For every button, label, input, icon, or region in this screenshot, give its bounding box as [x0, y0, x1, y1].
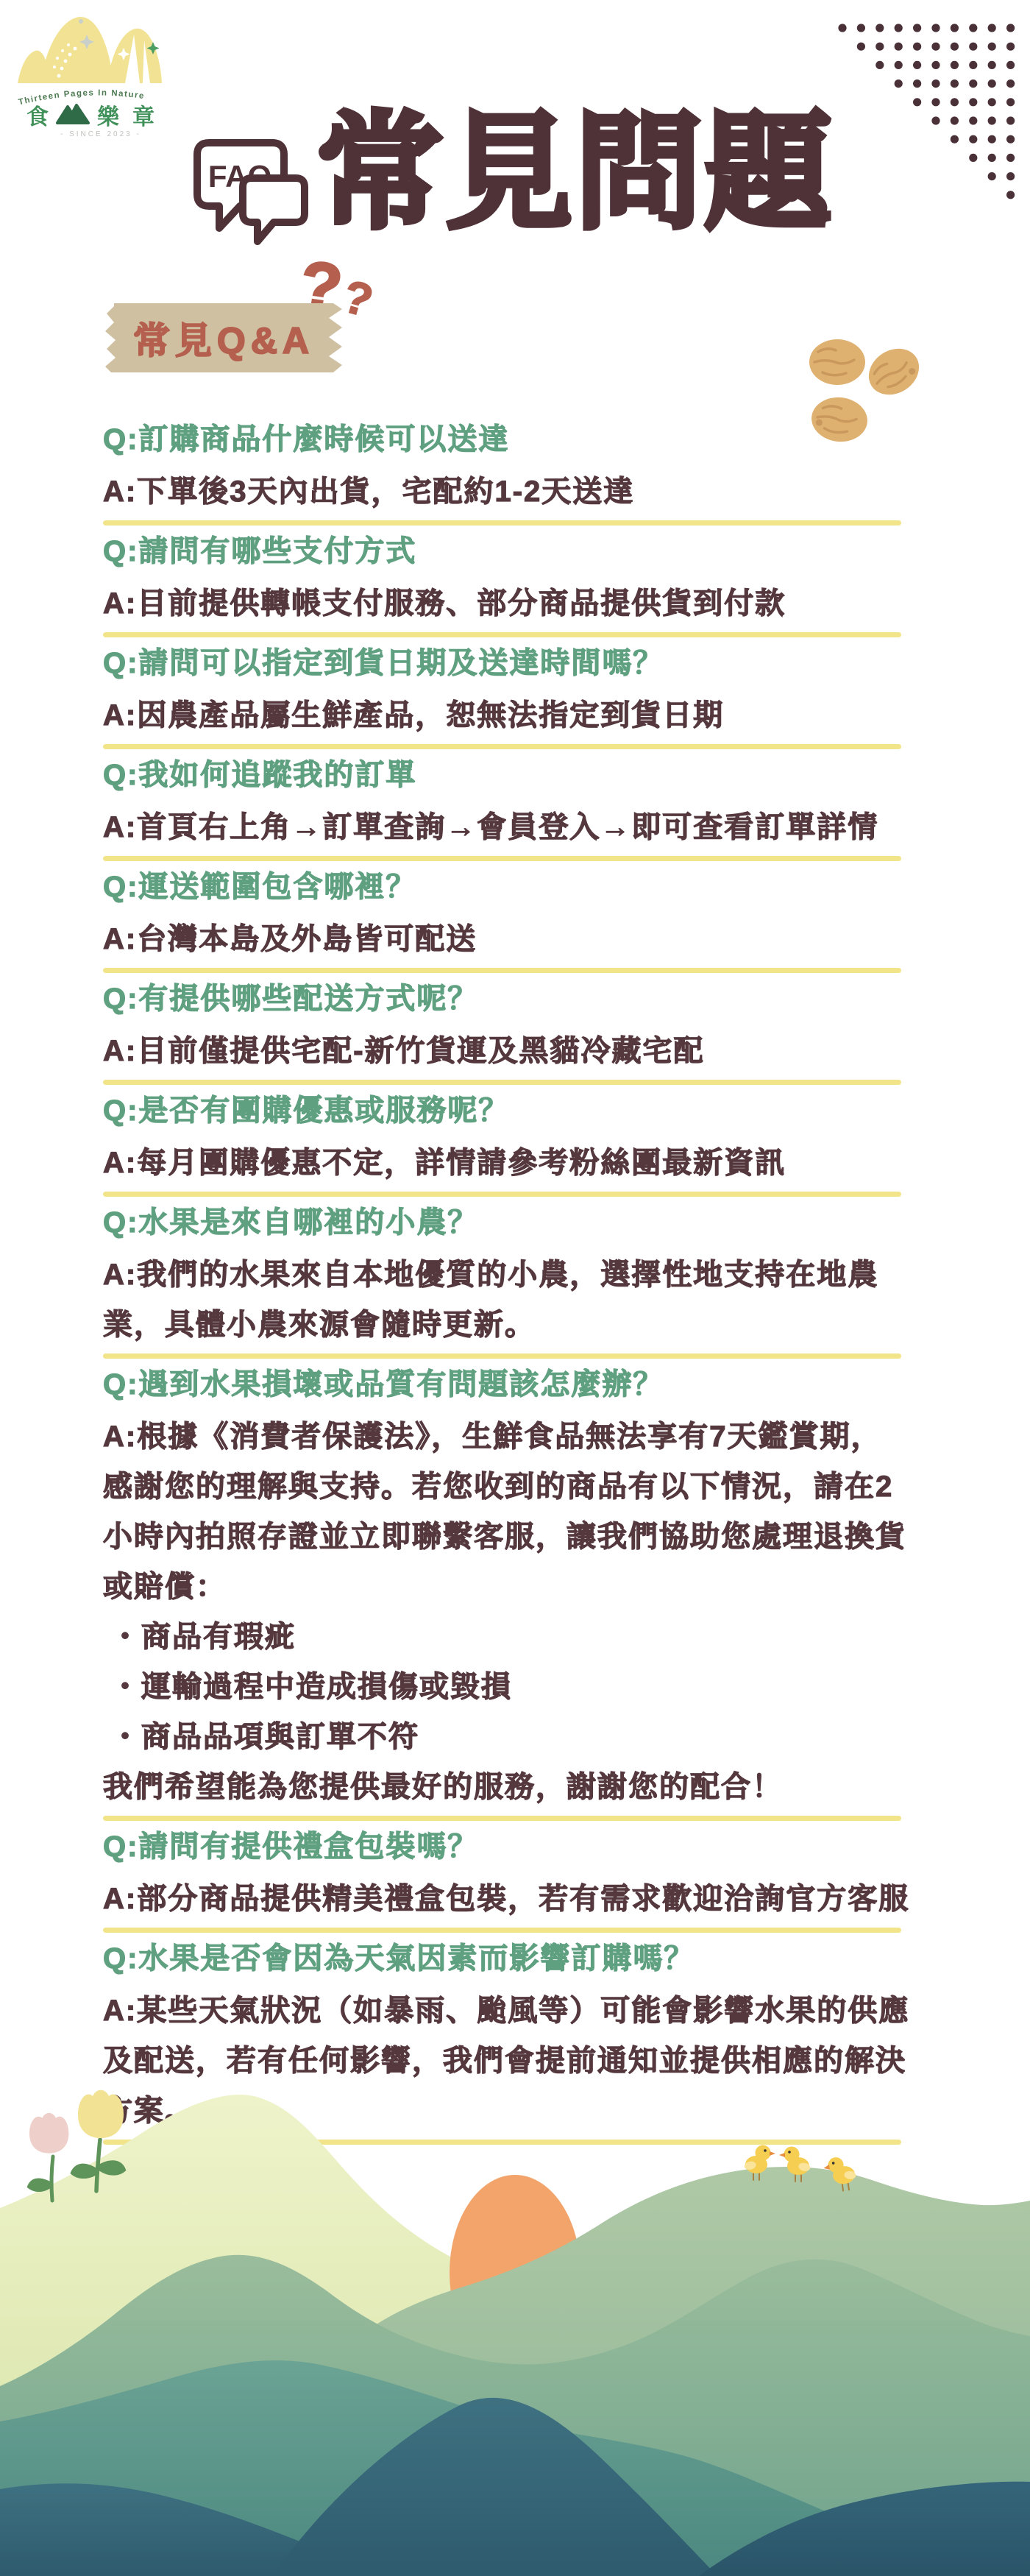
dot-decoration	[1006, 43, 1015, 51]
dot-decoration	[988, 135, 996, 144]
section-divider	[103, 856, 901, 861]
dot-decoration	[876, 43, 884, 51]
question-text: Q:是否有團購優惠或服務呢？	[103, 1088, 912, 1133]
qa-banner: 常見Q&A	[105, 303, 342, 372]
faq-item: Q:請問可以指定到貨日期及送達時間嗎？ A:因農產品屬生鮮產品，恕無法指定到貨日…	[103, 640, 912, 749]
answer-text: A:因農產品屬生鮮產品，恕無法指定到貨日期	[103, 690, 912, 740]
dot-decoration	[931, 79, 940, 88]
dot-decoration	[951, 24, 959, 32]
page-title: 常見問題	[316, 94, 834, 252]
qa-banner-label: 常見Q&A	[133, 311, 314, 364]
dot-decoration	[951, 116, 959, 124]
svg-text:樂: 樂	[97, 105, 120, 130]
dot-decoration	[969, 43, 977, 51]
dot-decoration	[913, 79, 921, 88]
dot-decoration	[988, 172, 996, 180]
faq-item: Q:有提供哪些配送方式呢？ A:目前僅提供宅配-新竹貨運及黑貓冷藏宅配	[103, 976, 912, 1085]
dot-decoration	[876, 24, 884, 32]
dot-decoration	[988, 98, 996, 106]
brand-logo: Thirteen Pages In Nature 食 樂 章 - SINCE 2…	[16, 13, 213, 138]
dot-decoration	[1006, 135, 1015, 144]
question-text: Q:遇到水果損壞或品質有問題該怎麼辦？	[103, 1362, 912, 1407]
logo-arc-text: Thirteen Pages In Nature	[18, 88, 146, 107]
dot-decoration	[969, 61, 977, 69]
dot-decoration	[969, 98, 977, 106]
faq-item: Q:是否有團購優惠或服務呢？ A:每月團購優惠不定，詳情請參考粉絲團最新資訊	[103, 1088, 912, 1197]
closing-text: 我們希望能為您提供最好的服務，謝謝您的配合！	[103, 1762, 912, 1812]
section-divider	[103, 1928, 901, 1933]
answer-text: A:下單後3天內出貨，宅配約1-2天送達	[103, 467, 912, 517]
dot-decoration	[988, 154, 996, 162]
dot-decoration	[1006, 116, 1015, 124]
section-divider	[103, 1192, 901, 1197]
answer-text: A:根據《消費者保護法》，生鮮食品無法享有7天鑑賞期，感謝您的理解與支持。若您收…	[103, 1412, 912, 1612]
section-divider	[103, 744, 901, 749]
faq-item: Q:水果是來自哪裡的小農？ A:我們的水果來自本地優質的小農，選擇性地支持在地農…	[103, 1200, 912, 1359]
dot-decoration	[895, 24, 903, 32]
dot-decoration	[876, 61, 884, 69]
section-divider	[103, 632, 901, 637]
logo-since-text: - SINCE 2023 -	[60, 130, 141, 138]
answer-text: A:首頁右上角→訂單查詢→會員登入→即可查看訂單詳情	[103, 802, 912, 852]
answer-text: A:台灣本島及外島皆可配送	[103, 914, 912, 964]
dot-decoration	[1006, 98, 1015, 106]
dot-decoration	[969, 24, 977, 32]
dot-decoration	[931, 98, 940, 106]
dot-decoration	[913, 98, 921, 106]
dot-decoration	[969, 154, 977, 162]
dot-decoration	[969, 135, 977, 144]
question-text: Q:請問可以指定到貨日期及送達時間嗎？	[103, 640, 912, 686]
question-text: Q:請問有哪些支付方式	[103, 528, 912, 574]
question-text: Q:水果是來自哪裡的小農？	[103, 1200, 912, 1245]
dot-decoration	[1006, 191, 1015, 199]
dots-pattern-decoration	[835, 19, 1019, 203]
dot-decoration	[951, 79, 959, 88]
walnut-icon	[860, 339, 928, 404]
dot-decoration	[895, 61, 903, 69]
svg-text:食: 食	[26, 105, 49, 130]
dot-decoration	[838, 24, 846, 32]
dot-decoration	[988, 116, 996, 124]
dot-decoration	[1006, 61, 1015, 69]
answer-text: A:部分商品提供精美禮盒包裝，若有需求歡迎洽詢官方客服	[103, 1874, 912, 1924]
section-divider	[103, 1354, 901, 1359]
dot-decoration	[951, 61, 959, 69]
section-divider	[103, 1080, 901, 1085]
question-mark-small: ?	[337, 270, 378, 328]
dot-decoration	[969, 116, 977, 124]
bullet-item: ・商品有瑕疵	[103, 1612, 912, 1662]
faq-item: Q:請問有提供禮盒包裝嗎？ A:部分商品提供精美禮盒包裝，若有需求歡迎洽詢官方客…	[103, 1824, 912, 1933]
dot-decoration	[988, 61, 996, 69]
answer-text: A:目前僅提供宅配-新竹貨運及黑貓冷藏宅配	[103, 1026, 912, 1076]
dot-decoration	[931, 61, 940, 69]
answer-text: A:我們的水果來自本地優質的小農，選擇性地支持在地農業，具體小農來源會隨時更新。	[103, 1250, 912, 1350]
question-text: Q:我如何追蹤我的訂單	[103, 752, 912, 798]
faq-speech-bubble-icon: FAQ	[193, 137, 310, 247]
dot-decoration	[988, 79, 996, 88]
dot-decoration	[931, 43, 940, 51]
faq-item: Q:遇到水果損壞或品質有問題該怎麼辦？ A:根據《消費者保護法》，生鮮食品無法享…	[103, 1362, 912, 1821]
faq-item: Q:請問有哪些支付方式 A:目前提供轉帳支付服務、部分商品提供貨到付款	[103, 528, 912, 637]
section-divider	[103, 520, 901, 526]
logo-brand-name: 食 樂 章	[26, 105, 154, 130]
dot-decoration	[857, 24, 865, 32]
dot-decoration	[913, 43, 921, 51]
dot-decoration	[895, 79, 903, 88]
svg-text:章: 章	[132, 105, 154, 130]
dot-decoration	[951, 43, 959, 51]
dot-decoration	[988, 43, 996, 51]
dot-decoration	[1006, 79, 1015, 88]
dot-decoration	[895, 43, 903, 51]
mountains-illustration	[0, 2053, 1030, 2576]
question-text: Q:訂購商品什麼時候可以送達	[103, 417, 912, 462]
question-text: Q:有提供哪些配送方式呢？	[103, 976, 912, 1022]
bullet-item: ・商品品項與訂單不符	[103, 1712, 912, 1762]
walnut-icon	[809, 339, 865, 385]
faq-item: Q:訂購商品什麼時候可以送達 A:下單後3天內出貨，宅配約1-2天送達	[103, 417, 912, 526]
dot-decoration	[951, 135, 959, 144]
dot-decoration	[913, 61, 921, 69]
logo-mountains-icon	[18, 17, 162, 83]
faq-item: Q:我如何追蹤我的訂單 A:首頁右上角→訂單查詢→會員登入→即可查看訂單詳情	[103, 752, 912, 861]
section-divider	[103, 968, 901, 973]
question-text: Q:請問有提供禮盒包裝嗎？	[103, 1824, 912, 1869]
question-text: Q:水果是否會因為天氣因素而影響訂購嗎？	[103, 1936, 912, 1981]
dot-decoration	[951, 98, 959, 106]
faq-item: Q:運送範圍包含哪裡？ A:台灣本島及外島皆可配送	[103, 864, 912, 973]
question-text: Q:運送範圍包含哪裡？	[103, 864, 912, 910]
answer-text: A:目前提供轉帳支付服務、部分商品提供貨到付款	[103, 578, 912, 629]
dot-decoration	[913, 24, 921, 32]
dot-decoration	[931, 24, 940, 32]
bullet-item: ・運輸過程中造成損傷或毀損	[103, 1662, 912, 1712]
dot-decoration	[1006, 154, 1015, 162]
dot-decoration	[931, 116, 940, 124]
dot-decoration	[969, 79, 977, 88]
dot-decoration	[988, 24, 996, 32]
section-divider	[103, 1816, 901, 1821]
dot-decoration	[857, 43, 865, 51]
dot-decoration	[1006, 172, 1015, 180]
faq-list: Q:訂購商品什麼時候可以送達 A:下單後3天內出貨，宅配約1-2天送達 Q:請問…	[103, 417, 912, 2148]
dot-decoration	[1006, 24, 1015, 32]
answer-text: A:每月團購優惠不定，詳情請參考粉絲團最新資訊	[103, 1138, 912, 1188]
